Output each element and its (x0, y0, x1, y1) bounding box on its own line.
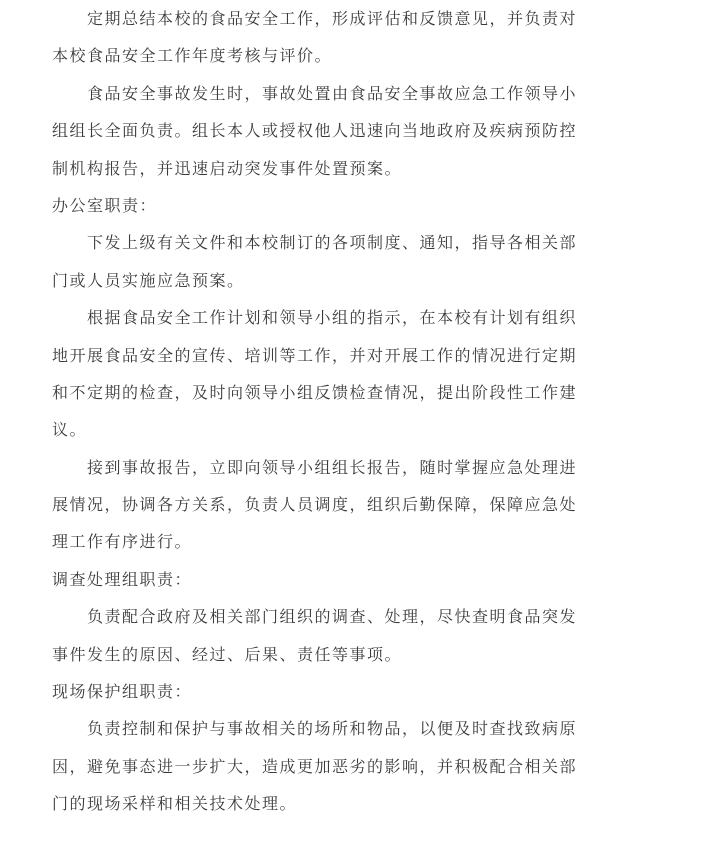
paragraph-report-handling: 接到事故报告，立即向领导小组组长报告，随时掌握应急处理进 展情况，协调各方关系，… (52, 449, 552, 561)
text-line: 食品安全事故发生时，事故处置由食品安全事故应急工作领导小 (52, 75, 552, 112)
text-line: 组组长全面负责。组长本人或授权他人迅速向当地政府及疾病预防控 (52, 112, 552, 149)
text-line: 定期总结本校的食品安全工作，形成评估和反馈意见，并负责对 (52, 0, 552, 37)
text-line: 门或人员实施应急预案。 (52, 262, 552, 299)
paragraph-site-protection: 负责控制和保护与事故相关的场所和物品，以便及时查找致病原 因，避免事态进一步扩大… (52, 710, 552, 822)
text-line: 根据食品安全工作计划和领导小组的指示，在本校有计划有组织 (52, 299, 552, 336)
heading-office-duties: 办公室职责： (52, 187, 552, 224)
heading-investigation-duties: 调查处理组职责： (52, 561, 552, 598)
text-line: 接到事故报告，立即向领导小组组长报告，随时掌握应急处理进 (52, 449, 552, 486)
text-line: 因，避免事态进一步扩大，造成更加恶劣的影响，并积极配合相关部 (52, 748, 552, 785)
paragraph-distribute-documents: 下发上级有关文件和本校制订的各项制度、通知，指导各相关部 门或人员实施应急预案。 (52, 224, 552, 299)
paragraph-investigation: 负责配合政府及相关部门组织的调查、处理，尽快查明食品突发 事件发生的原因、经过、… (52, 598, 552, 673)
text-line: 地开展食品安全的宣传、培训等工作，并对开展工作的情况进行定期 (52, 337, 552, 374)
text-line: 门的现场采样和相关技术处理。 (52, 785, 552, 822)
paragraph-annual-review: 定期总结本校的食品安全工作，形成评估和反馈意见，并负责对 本校食品安全工作年度考… (52, 0, 552, 75)
text-line: 理工作有序进行。 (52, 523, 552, 560)
document-page: 定期总结本校的食品安全工作，形成评估和反馈意见，并负责对 本校食品安全工作年度考… (52, 0, 552, 823)
text-line: 事件发生的原因、经过、后果、责任等事项。 (52, 636, 552, 673)
text-line: 本校食品安全工作年度考核与评价。 (52, 37, 552, 74)
text-line: 下发上级有关文件和本校制订的各项制度、通知，指导各相关部 (52, 224, 552, 261)
text-line: 负责配合政府及相关部门组织的调查、处理，尽快查明食品突发 (52, 598, 552, 635)
text-line: 议。 (52, 411, 552, 448)
paragraph-training-inspection: 根据食品安全工作计划和领导小组的指示，在本校有计划有组织 地开展食品安全的宣传、… (52, 299, 552, 449)
text-line: 展情况，协调各方关系，负责人员调度，组织后勤保障，保障应急处 (52, 486, 552, 523)
text-line: 和不定期的检查，及时向领导小组反馈检查情况，提出阶段性工作建 (52, 374, 552, 411)
text-line: 负责控制和保护与事故相关的场所和物品，以便及时查找致病原 (52, 710, 552, 747)
text-line: 制机构报告，并迅速启动突发事件处置预案。 (52, 150, 552, 187)
paragraph-incident-response: 食品安全事故发生时，事故处置由食品安全事故应急工作领导小 组组长全面负责。组长本… (52, 75, 552, 187)
heading-site-protection-duties: 现场保护组职责： (52, 673, 552, 710)
